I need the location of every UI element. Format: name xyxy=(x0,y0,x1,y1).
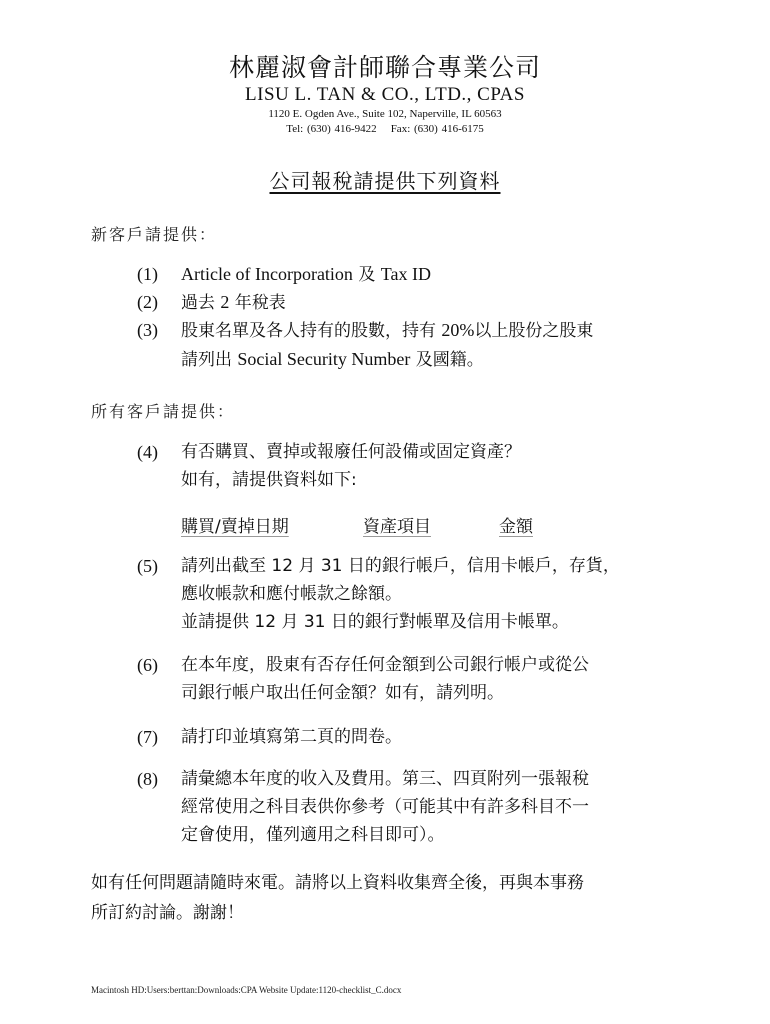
column-header-asset: 資產項目 xyxy=(363,512,431,537)
item-line: 在本年度，股東有否存任何金額到公司銀行帳户或從公 xyxy=(181,651,717,679)
item-number: (3) xyxy=(137,316,158,344)
item-line: 有否購買、賣掉或報廢任何設備或固定資產？ xyxy=(181,438,717,466)
item-number: (7) xyxy=(137,723,158,751)
item-number: (2) xyxy=(137,288,158,316)
list-item-4: (4) 有否購買、賣掉或報廢任何設備或固定資產？ 如有，請提供資料如下: xyxy=(137,438,717,494)
text-run: Social Security Number xyxy=(237,349,410,369)
item-line: 司銀行帳户取出任何金額？如有，請列明。 xyxy=(181,679,717,707)
all-clients-heading: 所有客戶請提供： xyxy=(91,399,235,422)
text-run: 年稅表 xyxy=(229,293,285,313)
item-line: 過去 2 年稅表 xyxy=(181,288,717,317)
item-number: (8) xyxy=(137,765,158,793)
company-contact: Tel: (630) 416-9422Fax: (630) 416-6175 xyxy=(0,123,770,135)
item-number: (4) xyxy=(137,438,158,466)
item-line: 並請提供 12 月 31 日的銀行對帳單及信用卡帳單。 xyxy=(181,608,717,636)
item-line: Article of Incorporation 及 Tax ID xyxy=(181,260,717,289)
text-run: 請列出 xyxy=(181,350,237,370)
list-item-1: (1) Article of Incorporation 及 Tax ID xyxy=(137,260,717,289)
text-run: 以上股份之股東 xyxy=(474,321,593,341)
closing-line: 所訂約討論。謝謝！ xyxy=(91,898,731,928)
footer-file-path: Macintosh HD:Users:berttan:Downloads:CPA… xyxy=(91,985,401,995)
item-line: 股東名單及各人持有的股數，持有 20%以上股份之股東 xyxy=(181,316,717,345)
new-clients-heading: 新客戶請提供： xyxy=(91,222,217,245)
item-line: 請打印並填寫第二頁的問卷。 xyxy=(181,723,717,751)
column-header-amount: 金額 xyxy=(499,512,533,537)
list-item-3: (3) 股東名單及各人持有的股數，持有 20%以上股份之股東 請列出 Socia… xyxy=(137,316,717,374)
list-item-2: (2) 過去 2 年稅表 xyxy=(137,288,717,317)
telephone: Tel: (630) 416-9422 xyxy=(286,123,376,135)
item-line: 請彙總本年度的收入及費用。第三、四頁附列一張報稅 xyxy=(181,765,717,793)
column-header-date: 購買/賣掉日期 xyxy=(181,512,289,537)
item-line: 經常使用之科目表供你參考（可能其中有許多科目不一 xyxy=(181,793,717,821)
text-run: 及國籍。 xyxy=(410,350,483,370)
item-line: 定會使用，僅列適用之科目即可）。 xyxy=(181,821,717,849)
item-number: (1) xyxy=(137,260,158,288)
text-run: Tax ID xyxy=(381,264,431,284)
company-address: 1120 E. Ogden Ave., Suite 102, Napervill… xyxy=(0,108,770,120)
text-run: 股東名單及各人持有的股數，持有 xyxy=(181,321,441,341)
list-item-8: (8) 請彙總本年度的收入及費用。第三、四頁附列一張報稅 經常使用之科目表供你參… xyxy=(137,765,717,849)
closing-paragraph: 如有任何問題請隨時來電。請將以上資料收集齊全後，再與本事務 所訂約討論。謝謝！ xyxy=(91,868,731,928)
closing-line: 如有任何問題請隨時來電。請將以上資料收集齊全後，再與本事務 xyxy=(91,868,731,898)
item-line: 如有，請提供資料如下: xyxy=(181,466,717,494)
text-run: 及 xyxy=(353,265,381,285)
fax: Fax: (630) 416-6175 xyxy=(391,123,484,135)
text-run: 過去 xyxy=(181,293,220,313)
text-run: Article of Incorporation xyxy=(181,264,353,284)
list-item-7: (7) 請打印並填寫第二頁的問卷。 xyxy=(137,723,717,751)
company-chinese-name: 林麗淑會計師聯合專業公司 xyxy=(0,48,770,84)
company-english-name: LISU L. TAN & CO., LTD., CPAS xyxy=(0,84,770,106)
item-number: (5) xyxy=(137,552,158,580)
item-line: 請列出 Social Security Number 及國籍。 xyxy=(181,345,717,374)
document-title-text: 公司報稅請提供下列資料 xyxy=(270,169,501,193)
list-item-5: (5) 請列出截至 12 月 31 日的銀行帳戶，信用卡帳戶，存貨， 應收帳款和… xyxy=(137,552,717,636)
document-title: 公司報稅請提供下列資料 xyxy=(0,165,770,194)
list-item-6: (6) 在本年度，股東有否存任何金額到公司銀行帳户或從公 司銀行帳户取出任何金額… xyxy=(137,651,717,707)
text-run: 20% xyxy=(441,320,474,340)
item-number: (6) xyxy=(137,651,158,679)
item-line: 請列出截至 12 月 31 日的銀行帳戶，信用卡帳戶，存貨， xyxy=(181,552,717,580)
item-line: 應收帳款和應付帳款之餘額。 xyxy=(181,580,717,608)
